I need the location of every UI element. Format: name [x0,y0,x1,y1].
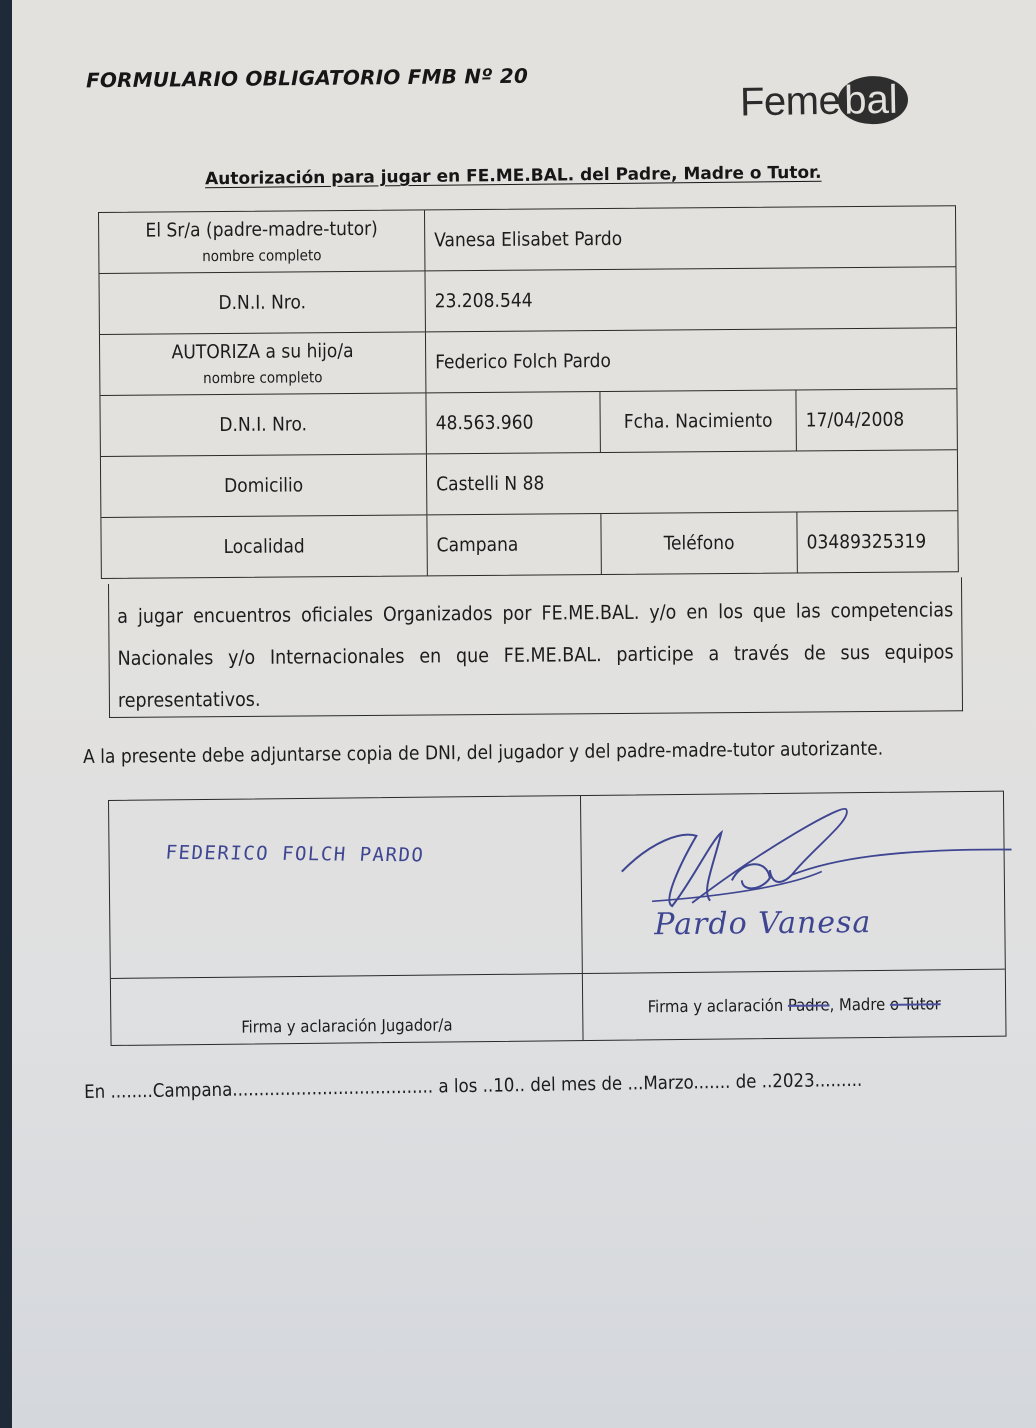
femebal-logo: Femebal [740,75,908,128]
parent-caption-struck-padre: Padre [788,995,830,1014]
child-dni-label-text: D.N.I. Nro. [219,413,307,436]
locality-label-text: Localidad [223,535,304,558]
birth-date-label: Fcha. Nacimiento [600,391,796,453]
authorization-table: El Sr/a (padre-madre-tutor) nombre compl… [98,205,959,579]
parent-caption-middle: , Madre [829,994,890,1014]
parent-caption-struck-tutor: o Tutor [890,994,941,1014]
table-row-parent-name: El Sr/a (padre-madre-tutor) nombre compl… [99,206,955,274]
child-label-cell: AUTORIZA a su hijo/a nombre completo [100,332,426,395]
table-row-child-name: AUTORIZA a su hijo/a nombre completo Fed… [100,328,956,396]
player-handwritten-name: FEDERICO FOLCH PARDO [165,842,426,867]
parent-name-field: Vanesa Elisabet Pardo [425,206,955,270]
parent-sublabel: nombre completo [202,246,321,265]
table-row-child-dni: D.N.I. Nro. 48.563.960 Fcha. Nacimiento … [100,389,956,457]
signature-table: FEDERICO FOLCH PARDO Pardo Vanesa Firma … [108,791,1007,1046]
child-dni-label: D.N.I. Nro. [100,393,426,456]
parent-label: El Sr/a (padre-madre-tutor) [145,218,377,242]
table-row-parent-dni: D.N.I. Nro. 23.208.544 [99,267,955,335]
date-dots: ...................................... [232,1077,433,1101]
parent-dni-field: 23.208.544 [425,267,955,331]
authorization-text: a jugar encuentros oficiales Organizados… [108,577,963,718]
parent-caption-prefix: Firma y aclaración [648,995,788,1015]
table-row-address: Domicilio Castelli N 88 [101,450,957,518]
address-field: Castelli N 88 [427,450,957,514]
date-mid3: ....... de .. [693,1071,772,1093]
date-prefix: En ........ [84,1081,153,1103]
player-signature-caption-cell: Firma y aclaración Jugador/a [111,974,584,1045]
child-name-field: Federico Folch Pardo [426,328,956,392]
player-signature-area: FEDERICO FOLCH PARDO [109,796,583,979]
date-mid2: .. del mes de ... [514,1073,643,1096]
child-label: AUTORIZA a su hijo/a [172,340,354,363]
parent-dni-label-text: D.N.I. Nro. [218,291,306,314]
date-day: 10 [493,1075,515,1096]
logo-text: Feme [740,78,841,125]
logo-ball-icon: bal [838,76,908,125]
table-row-locality: Localidad Campana Teléfono 03489325319 [101,511,957,578]
locality-field: Campana [427,514,601,575]
form-subtitle: Autorización para jugar en FE.ME.BAL. de… [205,163,822,189]
date-month: Marzo [643,1072,693,1094]
locality-label: Localidad [101,515,427,578]
attachment-note: A la presente debe adjuntarse copia de D… [83,738,883,768]
date-mid: a los .. [433,1076,493,1098]
player-signature-caption: Firma y aclaración Jugador/a [241,1015,452,1036]
child-dni-field: 48.563.960 [426,392,600,453]
date-year: 2023 [772,1071,815,1093]
address-label: Domicilio [101,454,427,517]
parent-label-cell: El Sr/a (padre-madre-tutor) nombre compl… [99,210,425,273]
date-place-line: En ........Campana......................… [84,1070,862,1103]
birth-date-field: 17/04/2008 [796,389,956,450]
parent-signature-caption-cell: Firma y aclaración Padre, Madre o Tutor [583,970,1006,1040]
form-title: FORMULARIO OBLIGATORIO FMB Nº 20 [86,64,528,93]
date-place: Campana [153,1080,233,1102]
phone-label: Teléfono [601,513,797,575]
phone-field: 03489325319 [797,511,957,572]
child-sublabel: nombre completo [203,368,322,387]
parent-dni-label: D.N.I. Nro. [99,271,425,334]
parent-handwritten-name: Pardo Vanesa [654,905,871,942]
date-suffix: ......... [814,1070,862,1092]
parent-signature-area: Pardo Vanesa [581,792,1005,974]
document-page: FORMULARIO OBLIGATORIO FMB Nº 20 Femebal… [12,0,1036,1428]
address-label-text: Domicilio [224,474,303,497]
